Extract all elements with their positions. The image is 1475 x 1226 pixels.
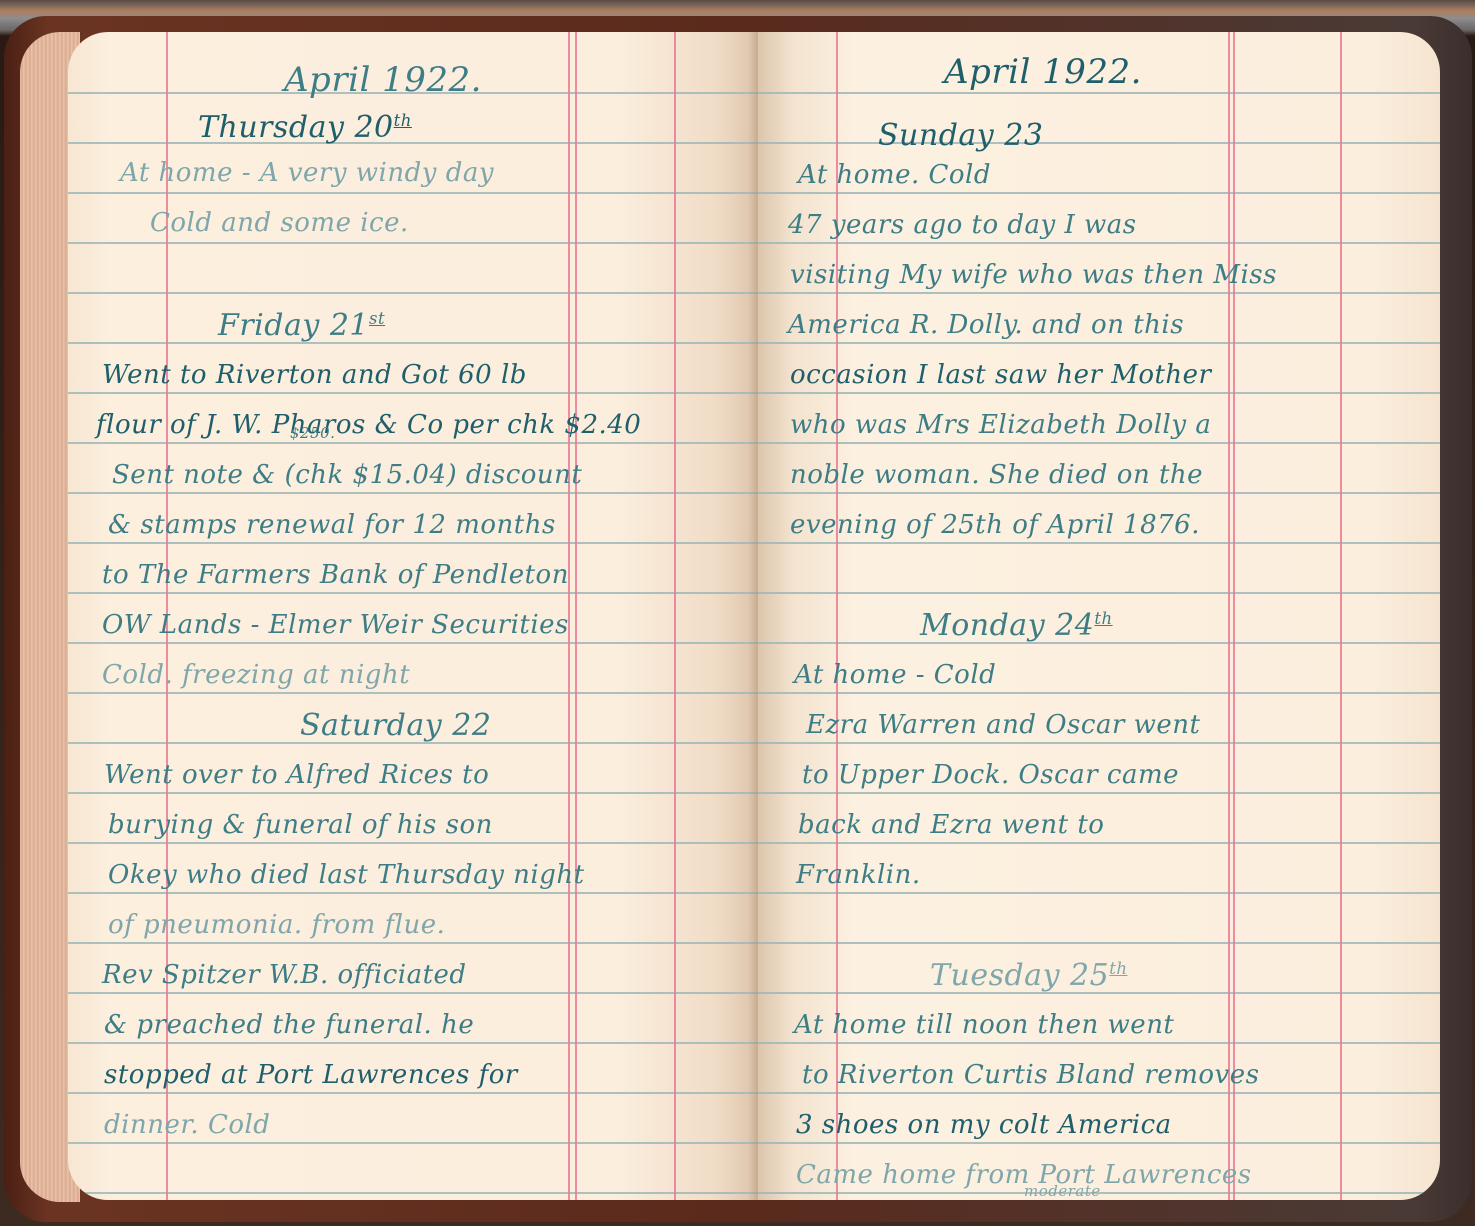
entry-line: At home. Cold [798,160,991,190]
entry-date: Thursday 20th [198,110,412,145]
entry-line: Franklin. [796,860,921,890]
page-header: April 1922. [284,60,482,100]
entry-date: Friday 21st [218,308,385,343]
entry-line: back and Ezra went to [798,810,1104,840]
entry-line: At home till noon then went [794,1010,1174,1040]
entry-line: OW Lands - Elmer Weir Securities [102,610,569,640]
entry-date: Saturday 22 [300,708,491,743]
column-rule [1228,32,1230,1200]
entry-date: Monday 24th [920,608,1113,643]
entry-line: dinner. Cold [104,1110,270,1140]
entry-line: Okey who died last Thursday night [108,860,585,890]
entry-line: & stamps renewal for 12 months [108,510,556,540]
right-page: April 1922. Sunday 23 At home. Cold 47 y… [758,32,1440,1200]
entry-line: noble woman. She died on the [790,460,1203,490]
entry-line: occasion I last saw her Mother [790,360,1211,390]
entry-line: evening of 25th of April 1876. [790,510,1200,540]
entry-line: stopped at Port Lawrences for [104,1060,518,1090]
entry-line: of pneumonia. from flue. [108,910,445,940]
margin-annotation: moderate [1024,1182,1101,1200]
entry-line: Sent note & (chk $15.04) discount [112,460,582,490]
entry-line: who was Mrs Elizabeth Dolly a [790,410,1211,440]
entry-line: At home - Cold [794,660,996,690]
entry-line: to Riverton Curtis Bland removes [802,1060,1259,1090]
column-rule [575,32,577,1200]
entry-date: Sunday 23 [878,118,1043,153]
page-header: April 1922. [944,52,1142,92]
entry-line: America R. Dolly. and on this [788,310,1184,340]
entry-line: to Upper Dock. Oscar came [802,760,1179,790]
column-rule [1340,32,1342,1200]
entry-line: & preached the funeral. he [104,1010,474,1040]
entry-line: Went to Riverton and Got 60 lb [102,360,527,390]
entry-line: Went over to Alfred Rices to [104,760,489,790]
entry-line: Ezra Warren and Oscar went [806,710,1201,740]
entry-line: Rev Spitzer W.B. officiated [102,960,467,990]
entry-line: Cold. freezing at night [102,660,410,690]
entry-line: Cold and some ice. [150,208,409,238]
entry-line: 3 shoes on my colt America [796,1110,1172,1140]
entry-line: visiting My wife who was then Miss [790,260,1277,290]
entry-line: to The Farmers Bank of Pendleton [102,560,569,590]
left-page: April 1922. Thursday 20th At home - A ve… [68,32,758,1200]
column-rule [674,32,676,1200]
entry-line: burying & funeral of his son [108,810,493,840]
margin-annotation: $250. [290,424,335,442]
entry-date: Tuesday 25th [930,958,1128,993]
entry-line: flour of J. W. Pharos & Co per chk $2.40 [96,410,641,440]
column-rule [1233,32,1235,1200]
entry-line: 47 years ago to day I was [788,210,1137,240]
entry-line: At home - A very windy day [120,158,494,188]
